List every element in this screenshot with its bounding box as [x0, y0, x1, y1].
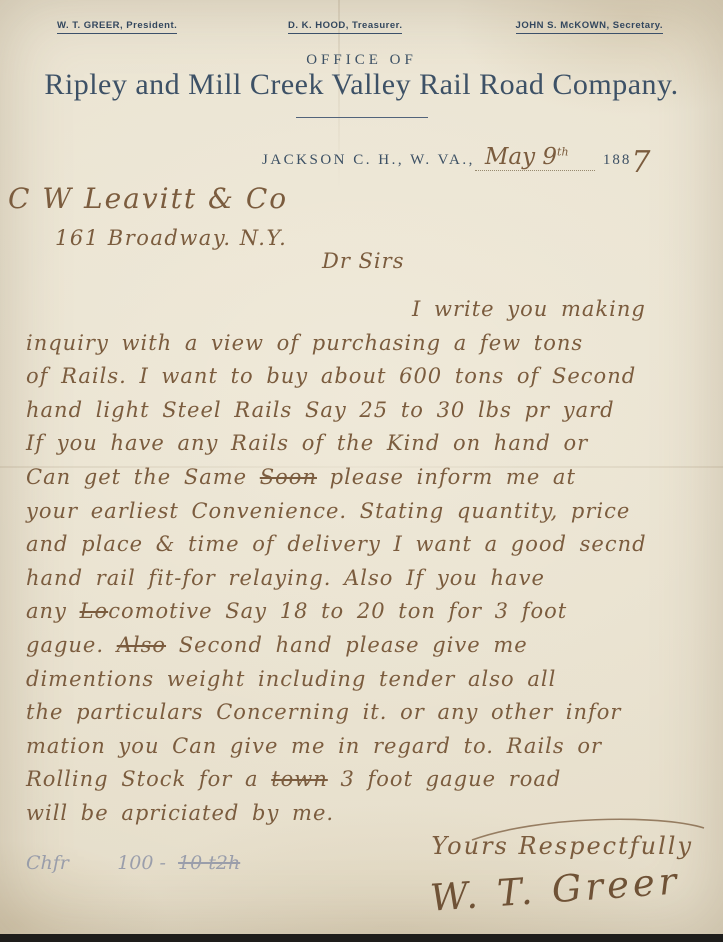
pencil-annotation: Chfr 100 - 10 t2h — [26, 852, 240, 874]
letter-paper: W. T. GREER, President. D. K. HOOD, Trea… — [0, 0, 723, 934]
struck-word: Lo — [80, 599, 109, 623]
dateline-printed-year: 188 — [603, 152, 632, 169]
letter-body-line: Rolling Stock for a town 3 foot gague ro… — [26, 767, 702, 801]
handwritten-text: of Rails. I want to buy about 600 tons o… — [26, 364, 636, 388]
struck-word: Also — [117, 633, 166, 657]
letter-body-line: any Locomotive Say 18 to 20 ton for 3 fo… — [26, 599, 702, 633]
handwritten-text: Rolling Stock for a — [26, 767, 271, 791]
letter-body-line: hand rail fit-for relaying. Also If you … — [26, 566, 702, 600]
handwritten-text: If you have any Rails of the Kind on han… — [26, 431, 588, 455]
handwritten-text: 100 - — [117, 852, 178, 874]
handwritten-text: Can get the Same — [26, 465, 260, 489]
dateline-place: JACKSON C. H., W. VA., — [262, 152, 475, 169]
letterhead-officer-secretary: JOHN S. McKOWN, Secretary. — [516, 20, 663, 34]
letterhead-company-name: Ripley and Mill Creek Valley Rail Road C… — [0, 68, 723, 102]
dateline-handwritten-date: May 9th — [475, 144, 595, 171]
letter-body-line: I write you making — [26, 297, 702, 331]
letter-body-line: of Rails. I want to buy about 600 tons o… — [26, 364, 702, 398]
handwritten-text: dimentions weight including tender also … — [26, 667, 556, 691]
salutation: Dr Sirs — [322, 249, 404, 273]
handwritten-text: and place & time of delivery I want a go… — [26, 532, 647, 556]
letter-body-line: Can get the Same Soon please inform me a… — [26, 465, 702, 499]
handwritten-text: hand light Steel Rails Say 25 to 30 lbs … — [26, 398, 615, 422]
letterhead-divider-rule — [296, 117, 428, 118]
struck-word: 10 t2h — [178, 852, 240, 874]
handwritten-text: any — [26, 599, 80, 623]
letterhead-officer-president: W. T. GREER, President. — [57, 20, 177, 34]
handwritten-text: gague. — [26, 633, 117, 657]
letter-body: I write you makinginquiry with a view of… — [26, 297, 702, 835]
handwritten-text: I write you making — [412, 297, 646, 321]
handwritten-text: hand rail fit-for relaying. Also If you … — [26, 566, 545, 590]
recipient-name: C W Leavitt & Co — [8, 182, 288, 215]
recipient-address: 161 Broadway. N.Y. — [55, 226, 287, 250]
letter-body-line: your earliest Convenience. Stating quant… — [26, 499, 702, 533]
letter-body-line: hand light Steel Rails Say 25 to 30 lbs … — [26, 398, 702, 432]
handwritten-text: your earliest Convenience. Stating quant… — [26, 499, 630, 523]
handwritten-text: please inform me at — [317, 465, 576, 489]
letter-body-line: and place & time of delivery I want a go… — [26, 532, 702, 566]
dateline-date-text: May 9 — [485, 144, 557, 170]
letterhead-office-of: OFFICE OF — [0, 52, 723, 69]
struck-word: Soon — [260, 465, 317, 489]
handwritten-text: Second hand please give me — [166, 633, 528, 657]
letter-body-line: If you have any Rails of the Kind on han… — [26, 431, 702, 465]
handwritten-text: Chfr — [26, 852, 117, 874]
dateline: JACKSON C. H., W. VA., May 9th 188 7 — [262, 137, 650, 172]
letter-body-line: gague. Also Second hand please give me — [26, 633, 702, 667]
handwritten-text: inquiry with a view of purchasing a few … — [26, 331, 583, 355]
handwritten-text: comotive Say 18 to 20 ton for 3 foot — [108, 599, 567, 623]
closing: Yours Respectfully — [431, 832, 693, 860]
dateline-handwritten-year-digit: 7 — [631, 145, 650, 180]
letter-body-line: inquiry with a view of purchasing a few … — [26, 331, 702, 365]
handwritten-text: mation you Can give me in regard to. Rai… — [26, 734, 602, 758]
handwritten-text: the particulars Concerning it. or any ot… — [26, 700, 621, 724]
struck-word: town — [271, 767, 328, 791]
signature: W. T. Greer — [429, 859, 682, 919]
scanned-letter-image: W. T. GREER, President. D. K. HOOD, Trea… — [0, 0, 723, 942]
letter-body-line: mation you Can give me in regard to. Rai… — [26, 734, 702, 768]
letter-body-line: dimentions weight including tender also … — [26, 667, 702, 701]
handwritten-text: will be apriciated by me. — [26, 801, 334, 825]
letterhead-officer-treasurer: D. K. HOOD, Treasurer. — [288, 20, 402, 34]
dateline-date-suffix: th — [557, 145, 569, 158]
letter-body-line: the particulars Concerning it. or any ot… — [26, 700, 702, 734]
handwritten-text: 3 foot gague road — [328, 767, 562, 791]
